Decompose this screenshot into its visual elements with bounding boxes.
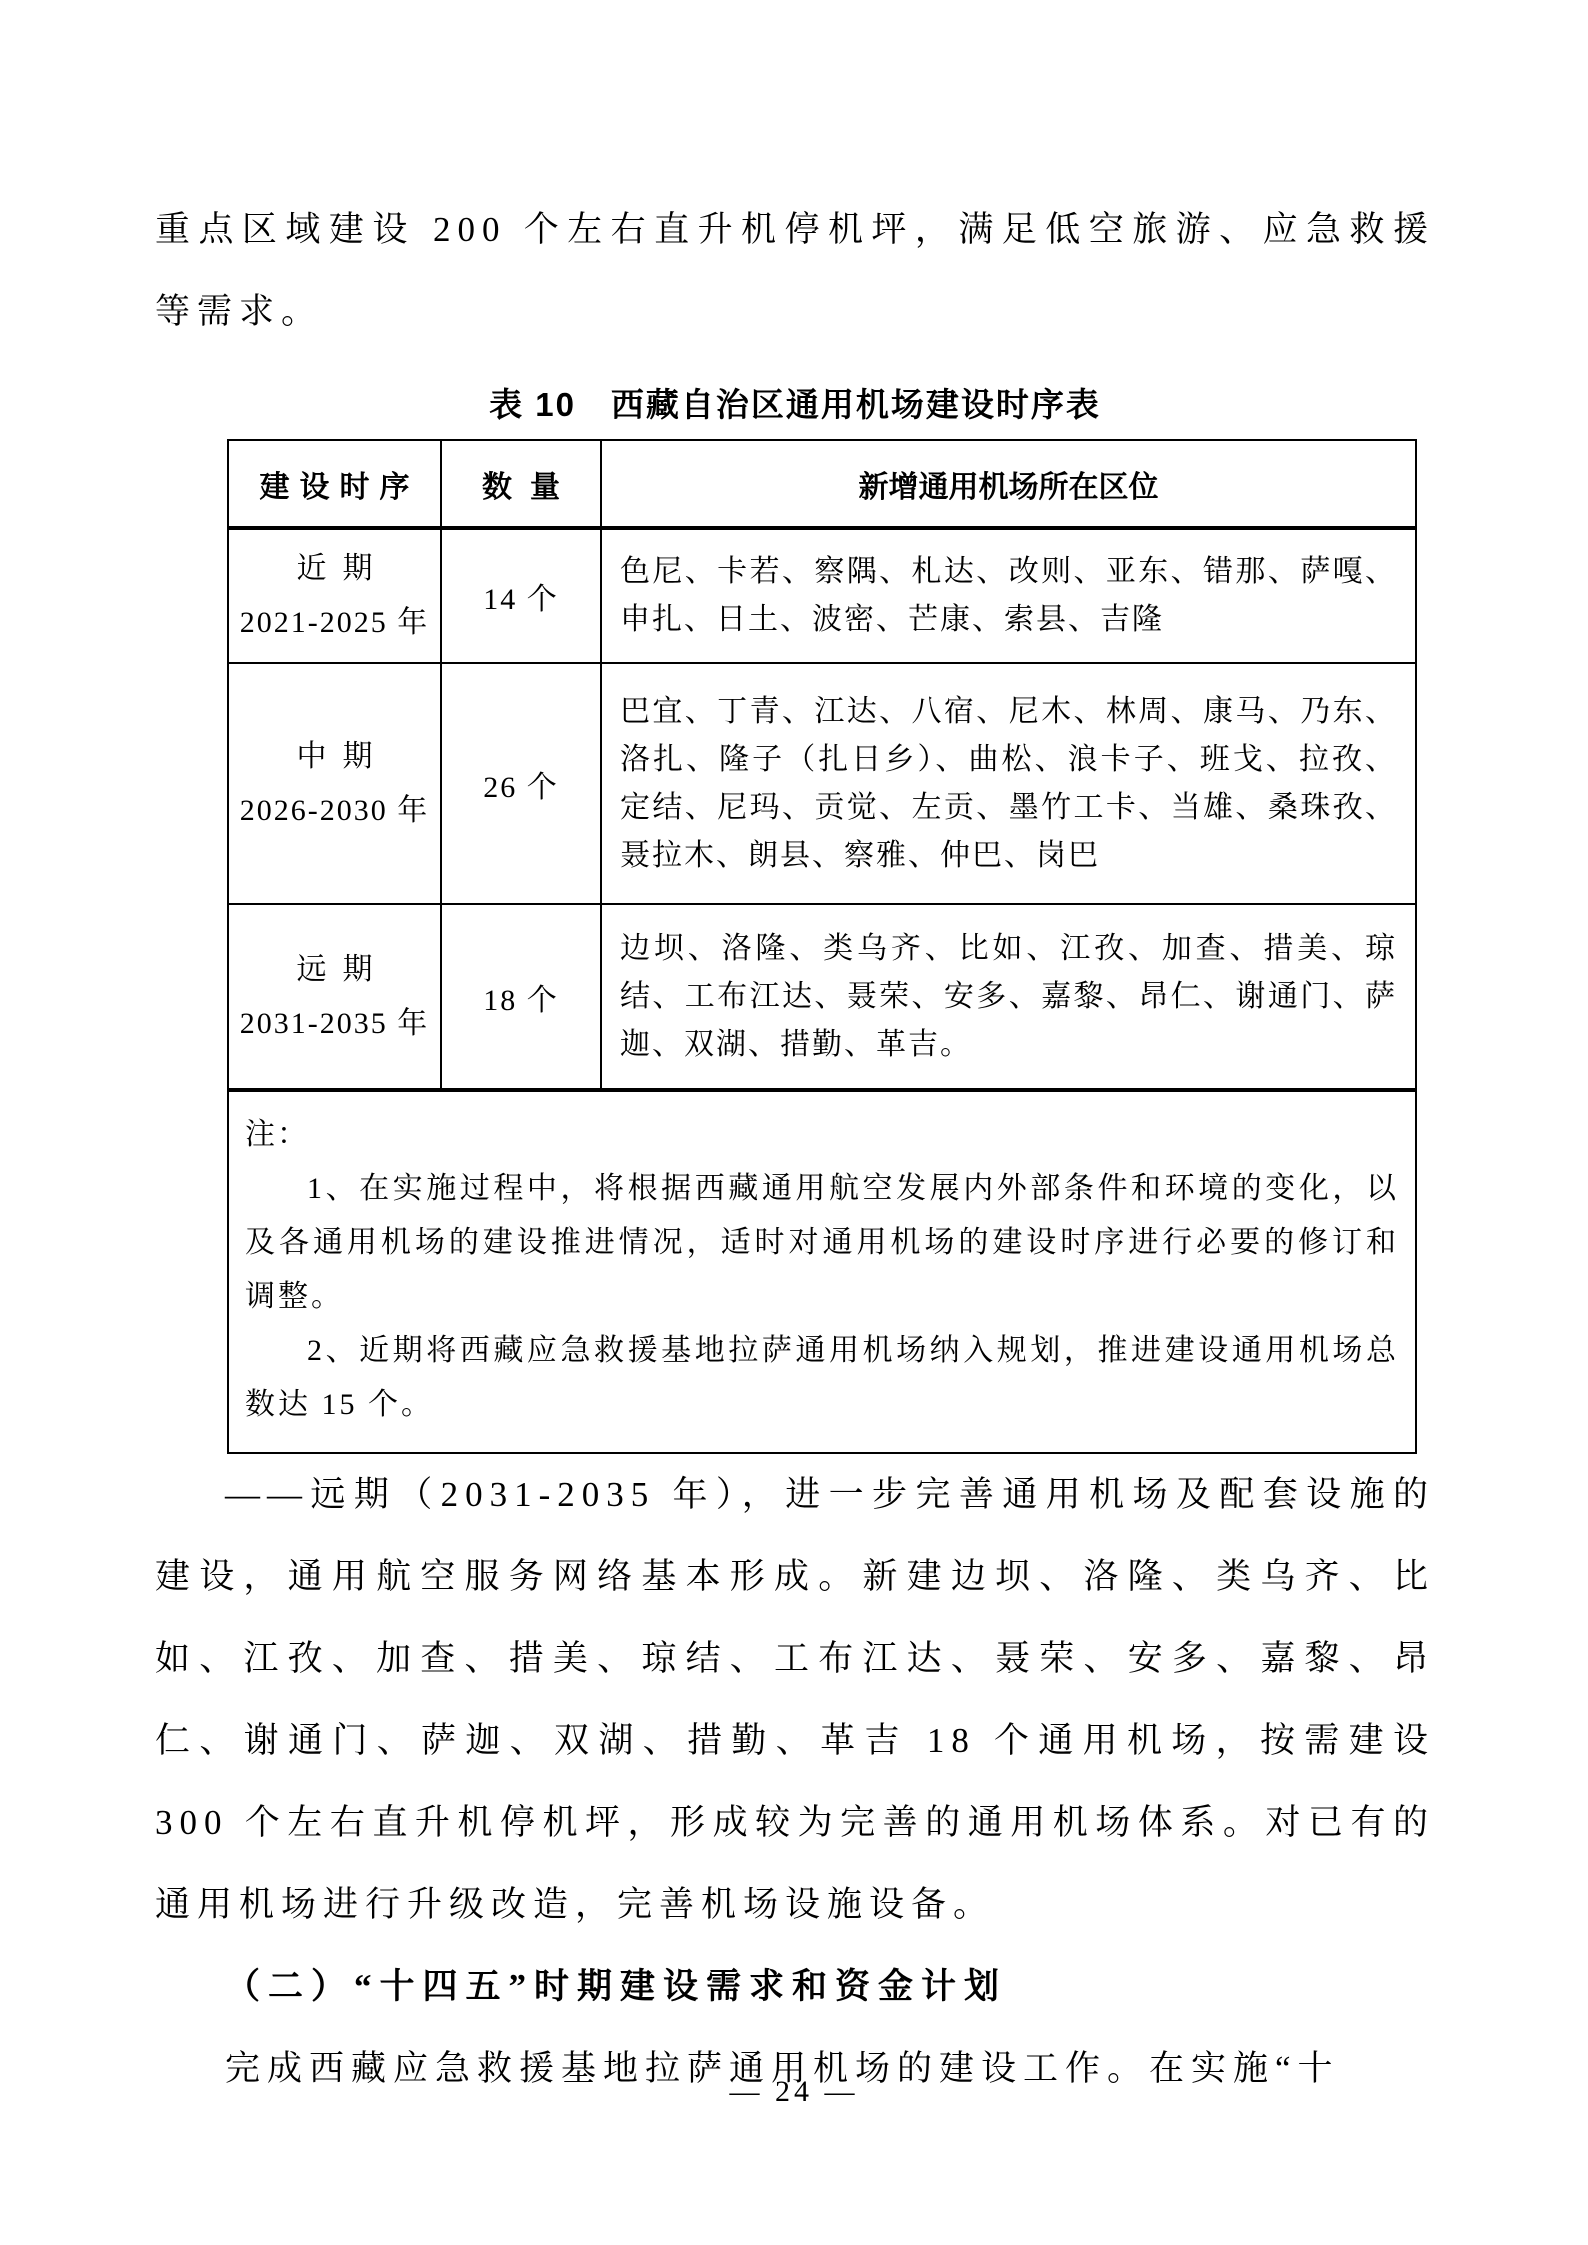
col-header-locations: 新增通用机场所在区位 [601, 440, 1416, 528]
period-cell: 远期 2031-2035 年 [228, 904, 441, 1090]
locations-cell: 巴宜、丁青、江达、八宿、尼木、林周、康马、乃东、洛扎、隆子（扎日乡）、曲松、浪卡… [601, 663, 1416, 904]
count-cell: 18 个 [441, 904, 601, 1090]
period-cell: 中期 2026-2030 年 [228, 663, 441, 904]
document-content: 重点区域建设 200 个左右直升机停机坪，满足低空旅游、应急救援等需求。 表 1… [0, 0, 1588, 2110]
period-cell: 近期 2021-2025 年 [228, 528, 441, 663]
airport-schedule-table: 建设时序 数量 新增通用机场所在区位 近期 2021-2025 年 14 个 色… [227, 439, 1417, 1454]
period-years: 2021-2025 年 [229, 596, 440, 650]
period-name: 中期 [229, 730, 440, 784]
locations-cell: 色尼、卡若、察隅、札达、改则、亚东、错那、萨嘎、申扎、日土、波密、芒康、索县、吉… [601, 528, 1416, 663]
table-row-mid-term: 中期 2026-2030 年 26 个 巴宜、丁青、江达、八宿、尼木、林周、康马… [228, 663, 1416, 904]
page-number: — 24 — [0, 2072, 1588, 2112]
table-header-row: 建设时序 数量 新增通用机场所在区位 [228, 440, 1416, 528]
col-header-period: 建设时序 [228, 440, 441, 528]
table-notes: 注： 1、在实施过程中，将根据西藏通用航空发展内外部条件和环境的变化，以及各通用… [228, 1090, 1416, 1453]
locations-cell: 边坝、洛隆、类乌齐、比如、江孜、加查、措美、琼结、工布江达、聂荣、安多、嘉黎、昂… [601, 904, 1416, 1090]
section-heading: （二）“十四五”时期建设需求和资金计划 [155, 1946, 1435, 2028]
period-name: 近期 [229, 542, 440, 596]
period-years: 2026-2030 年 [229, 784, 440, 838]
long-term-paragraph: ——远期（2031-2035 年），进一步完善通用机场及配套设施的建设，通用航空… [155, 1454, 1435, 1946]
period-years: 2031-2035 年 [229, 997, 440, 1051]
note-item-2: 2、近期将西藏应急救援基地拉萨通用机场纳入规划，推进建设通用机场总数达 15 个… [245, 1324, 1399, 1432]
table-row-long-term: 远期 2031-2035 年 18 个 边坝、洛隆、类乌齐、比如、江孜、加查、措… [228, 904, 1416, 1090]
table-notes-row: 注： 1、在实施过程中，将根据西藏通用航空发展内外部条件和环境的变化，以及各通用… [228, 1090, 1416, 1453]
intro-paragraph: 重点区域建设 200 个左右直升机停机坪，满足低空旅游、应急救援等需求。 [155, 189, 1435, 353]
count-cell: 26 个 [441, 663, 601, 904]
note-item-1: 1、在实施过程中，将根据西藏通用航空发展内外部条件和环境的变化，以及各通用机场的… [245, 1162, 1399, 1324]
period-name: 远期 [229, 943, 440, 997]
count-cell: 14 个 [441, 528, 601, 663]
col-header-count: 数量 [441, 440, 601, 528]
document-page: 重点区域建设 200 个左右直升机停机坪，满足低空旅游、应急救援等需求。 表 1… [0, 0, 1588, 2245]
table-row-near-term: 近期 2021-2025 年 14 个 色尼、卡若、察隅、札达、改则、亚东、错那… [228, 528, 1416, 663]
table-title: 表 10 西藏自治区通用机场建设时序表 [155, 381, 1435, 429]
notes-label: 注： [245, 1108, 1399, 1162]
